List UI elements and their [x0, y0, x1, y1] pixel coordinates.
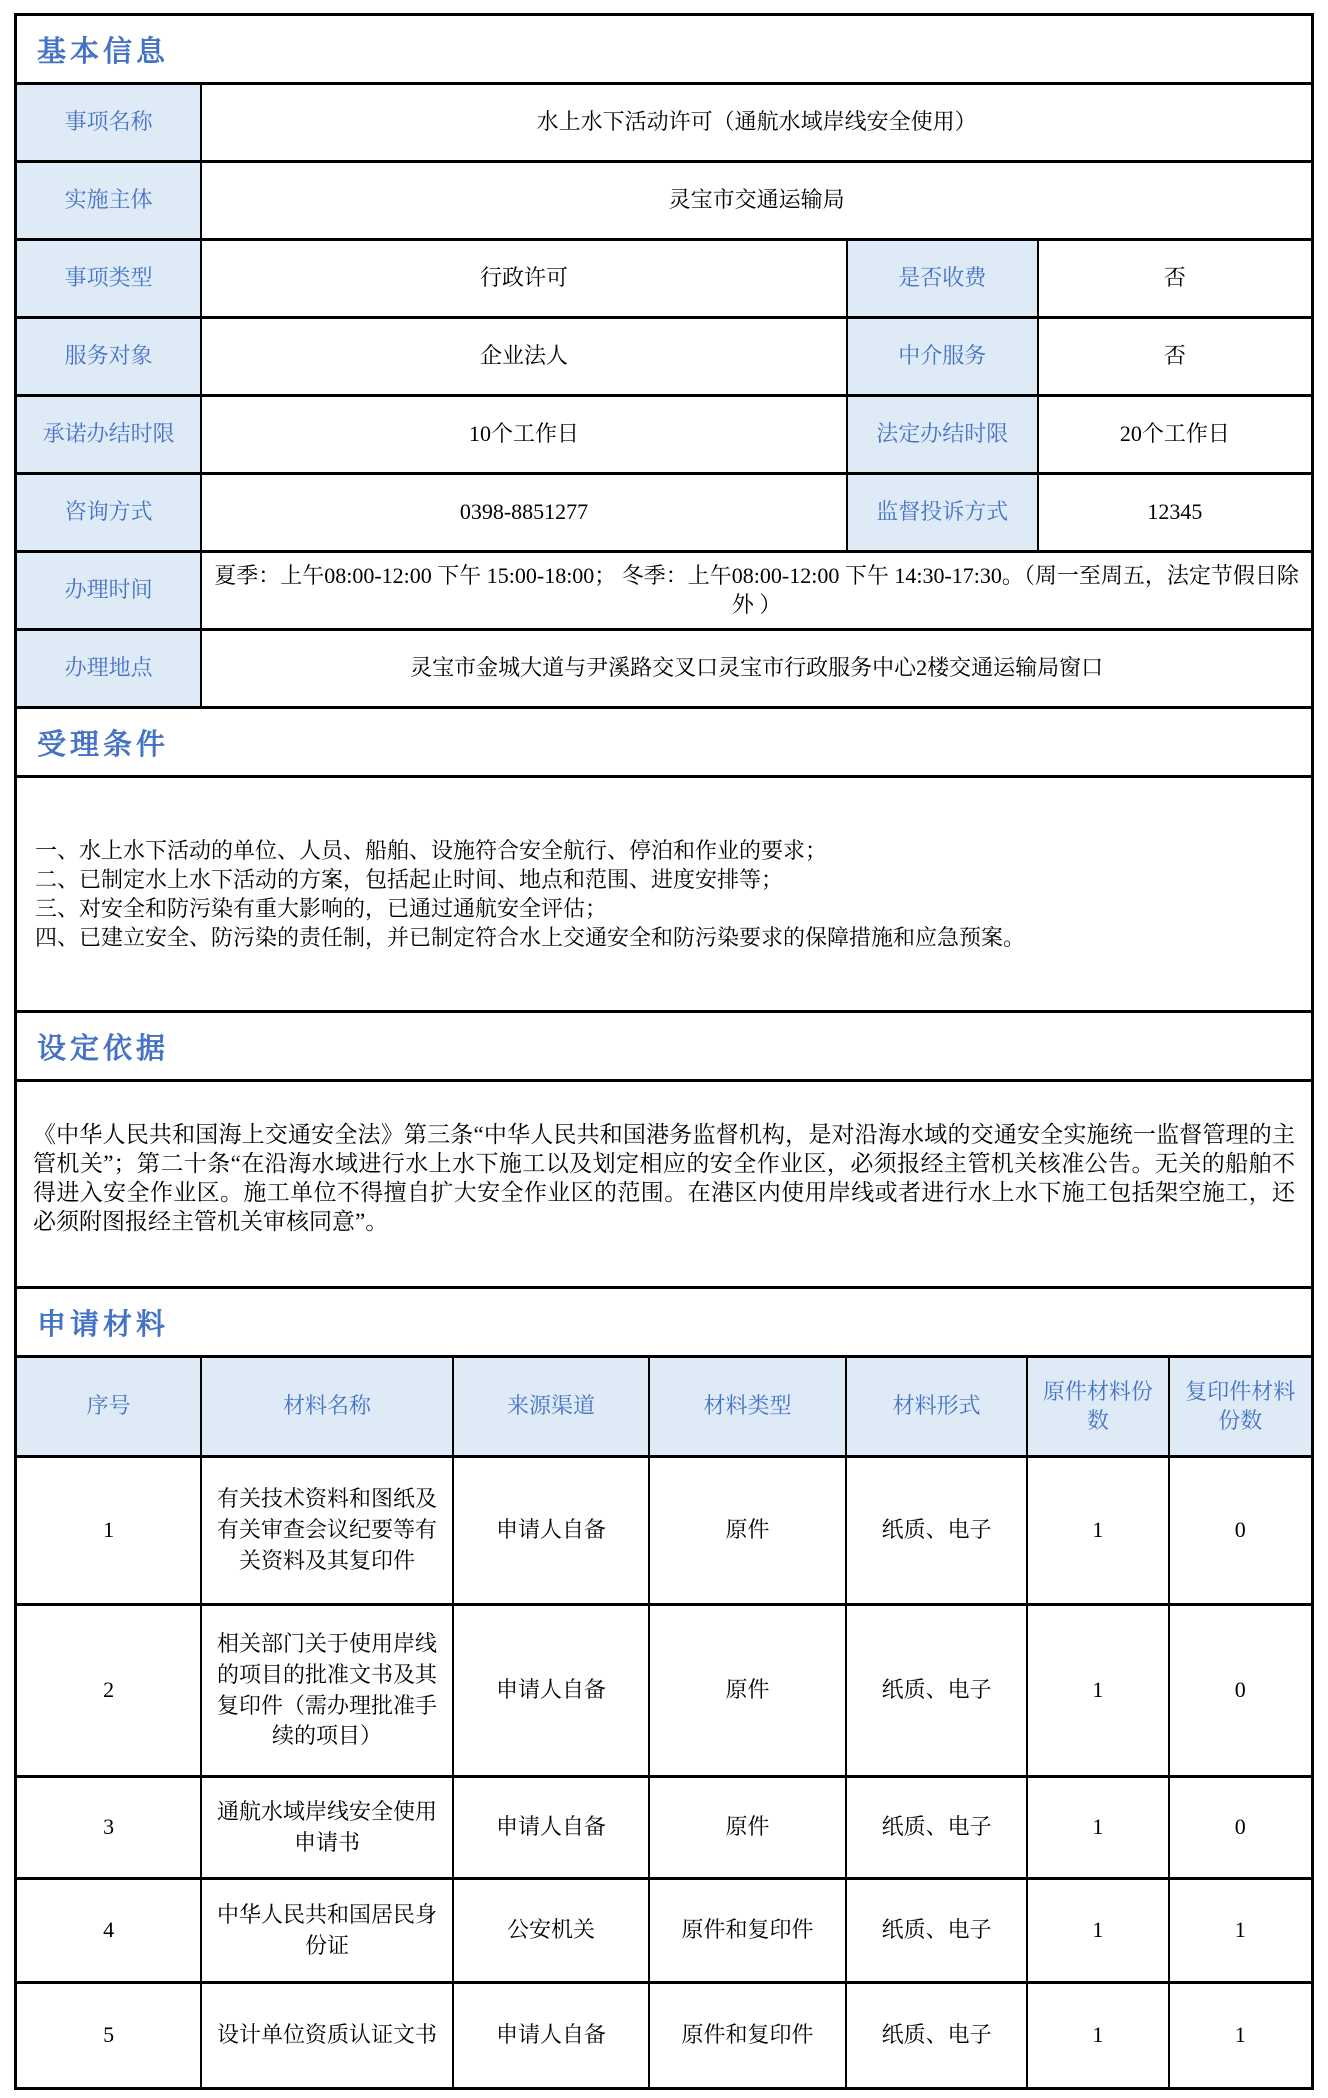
acceptance-condition-line-2: 二、已制定水上水下活动的方案，包括起止时间、地点和范围、进度安排等； — [35, 865, 1293, 894]
charge-label: 是否收费 — [848, 241, 1039, 316]
materials-row-1: 1 有关技术资料和图纸及有关审查会议纪要等有关资料及其复印件 申请人自备 原件 … — [17, 1458, 1311, 1606]
basis-text: 《中华人民共和国海上交通安全法》第三条“中华人民共和国港务监督机构，是对沿海水域… — [17, 1082, 1311, 1289]
material-originals: 1 — [1028, 1458, 1169, 1603]
material-type: 原件和复印件 — [650, 1984, 847, 2087]
material-source: 申请人自备 — [454, 1458, 650, 1603]
materials-header-no: 序号 — [17, 1358, 202, 1455]
material-copies: 1 — [1170, 1880, 1311, 1981]
material-type: 原件 — [650, 1458, 847, 1603]
material-form: 纸质、电子 — [847, 1984, 1028, 2087]
material-no: 3 — [17, 1778, 202, 1877]
row-service-target: 服务对象 企业法人 中介服务 否 — [17, 319, 1311, 397]
material-form: 纸质、电子 — [847, 1606, 1028, 1775]
complaint-label: 监督投诉方式 — [848, 475, 1039, 550]
materials-row-5: 5 设计单位资质认证文书 申请人自备 原件和复印件 纸质、电子 1 1 — [17, 1984, 1311, 2087]
materials-header-row: 序号 材料名称 来源渠道 材料类型 材料形式 原件材料份数 复印件材料份数 — [17, 1358, 1311, 1458]
row-contact: 咨询方式 0398-8851277 监督投诉方式 12345 — [17, 475, 1311, 553]
implementer-label: 实施主体 — [17, 163, 202, 238]
material-source: 申请人自备 — [454, 1606, 650, 1775]
complaint-value: 12345 — [1039, 475, 1311, 550]
material-source: 申请人自备 — [454, 1778, 650, 1877]
material-copies: 0 — [1170, 1606, 1311, 1775]
material-name: 有关技术资料和图纸及有关审查会议纪要等有关资料及其复印件 — [202, 1458, 454, 1603]
material-originals: 1 — [1028, 1880, 1169, 1981]
section-title-acceptance: 受理条件 — [17, 709, 1311, 778]
section-title-basis: 设定依据 — [17, 1013, 1311, 1082]
material-copies: 0 — [1170, 1458, 1311, 1603]
section-title-materials: 申请材料 — [17, 1289, 1311, 1358]
service-target-value: 企业法人 — [202, 319, 848, 394]
material-originals: 1 — [1028, 1778, 1169, 1877]
material-no: 5 — [17, 1984, 202, 2087]
consult-label: 咨询方式 — [17, 475, 202, 550]
materials-row-2: 2 相关部门关于使用岸线的项目的批准文书及其复印件（需办理批准手续的项目） 申请… — [17, 1606, 1311, 1778]
row-implementer: 实施主体 灵宝市交通运输局 — [17, 163, 1311, 241]
material-form: 纸质、电子 — [847, 1880, 1028, 1981]
acceptance-condition-line-3: 三、对安全和防污染有重大影响的，已通过通航安全评估； — [35, 894, 1293, 923]
materials-row-4: 4 中华人民共和国居民身份证 公安机关 原件和复印件 纸质、电子 1 1 — [17, 1880, 1311, 1984]
materials-header-form: 材料形式 — [847, 1358, 1028, 1455]
material-copies: 1 — [1170, 1984, 1311, 2087]
legal-time-value: 20个工作日 — [1039, 397, 1311, 472]
item-type-value: 行政许可 — [202, 241, 848, 316]
consult-value: 0398-8851277 — [202, 475, 848, 550]
row-item-name: 事项名称 水上水下活动许可（通航水域岸线安全使用） — [17, 85, 1311, 163]
material-name: 中华人民共和国居民身份证 — [202, 1880, 454, 1981]
row-item-type: 事项类型 行政许可 是否收费 否 — [17, 241, 1311, 319]
row-location: 办理地点 灵宝市金城大道与尹溪路交叉口灵宝市行政服务中心2楼交通运输局窗口 — [17, 631, 1311, 709]
materials-row-3: 3 通航水域岸线安全使用申请书 申请人自备 原件 纸质、电子 1 0 — [17, 1778, 1311, 1880]
material-type: 原件和复印件 — [650, 1880, 847, 1981]
promised-time-value: 10个工作日 — [202, 397, 848, 472]
service-target-label: 服务对象 — [17, 319, 202, 394]
service-item-document: 基本信息 事项名称 水上水下活动许可（通航水域岸线安全使用） 实施主体 灵宝市交… — [14, 13, 1314, 2090]
acceptance-condition-line-1: 一、水上水下活动的单位、人员、船舶、设施符合安全航行、停泊和作业的要求； — [35, 836, 1293, 865]
material-type: 原件 — [650, 1778, 847, 1877]
hours-label: 办理时间 — [17, 553, 202, 628]
promised-time-label: 承诺办结时限 — [17, 397, 202, 472]
charge-value: 否 — [1039, 241, 1311, 316]
material-source: 申请人自备 — [454, 1984, 650, 2087]
implementer-value: 灵宝市交通运输局 — [202, 163, 1311, 238]
location-label: 办理地点 — [17, 631, 202, 706]
row-time-limits: 承诺办结时限 10个工作日 法定办结时限 20个工作日 — [17, 397, 1311, 475]
materials-header-name: 材料名称 — [202, 1358, 454, 1455]
location-value: 灵宝市金城大道与尹溪路交叉口灵宝市行政服务中心2楼交通运输局窗口 — [202, 631, 1311, 706]
acceptance-conditions-text: 一、水上水下活动的单位、人员、船舶、设施符合安全航行、停泊和作业的要求； 二、已… — [17, 778, 1311, 1013]
material-originals: 1 — [1028, 1984, 1169, 2087]
materials-header-type: 材料类型 — [650, 1358, 847, 1455]
material-no: 2 — [17, 1606, 202, 1775]
material-form: 纸质、电子 — [847, 1778, 1028, 1877]
intermediary-label: 中介服务 — [848, 319, 1039, 394]
material-name: 通航水域岸线安全使用申请书 — [202, 1778, 454, 1877]
material-copies: 0 — [1170, 1778, 1311, 1877]
item-name-value: 水上水下活动许可（通航水域岸线安全使用） — [202, 85, 1311, 160]
materials-header-source: 来源渠道 — [454, 1358, 650, 1455]
acceptance-condition-line-4: 四、已建立安全、防污染的责任制，并已制定符合水上交通安全和防污染要求的保障措施和… — [35, 923, 1293, 952]
row-hours: 办理时间 夏季：上午08:00-12:00 下午 15:00-18:00； 冬季… — [17, 553, 1311, 631]
material-no: 4 — [17, 1880, 202, 1981]
item-name-label: 事项名称 — [17, 85, 202, 160]
material-source: 公安机关 — [454, 1880, 650, 1981]
hours-value: 夏季：上午08:00-12:00 下午 15:00-18:00； 冬季：上午08… — [202, 553, 1311, 628]
material-form: 纸质、电子 — [847, 1458, 1028, 1603]
legal-time-label: 法定办结时限 — [848, 397, 1039, 472]
material-name: 设计单位资质认证文书 — [202, 1984, 454, 2087]
section-title-basic-info: 基本信息 — [17, 16, 1311, 85]
material-originals: 1 — [1028, 1606, 1169, 1775]
item-type-label: 事项类型 — [17, 241, 202, 316]
material-no: 1 — [17, 1458, 202, 1603]
materials-header-copies: 复印件材料份数 — [1170, 1358, 1311, 1455]
intermediary-value: 否 — [1039, 319, 1311, 394]
materials-header-originals: 原件材料份数 — [1028, 1358, 1169, 1455]
material-type: 原件 — [650, 1606, 847, 1775]
material-name: 相关部门关于使用岸线的项目的批准文书及其复印件（需办理批准手续的项目） — [202, 1606, 454, 1775]
